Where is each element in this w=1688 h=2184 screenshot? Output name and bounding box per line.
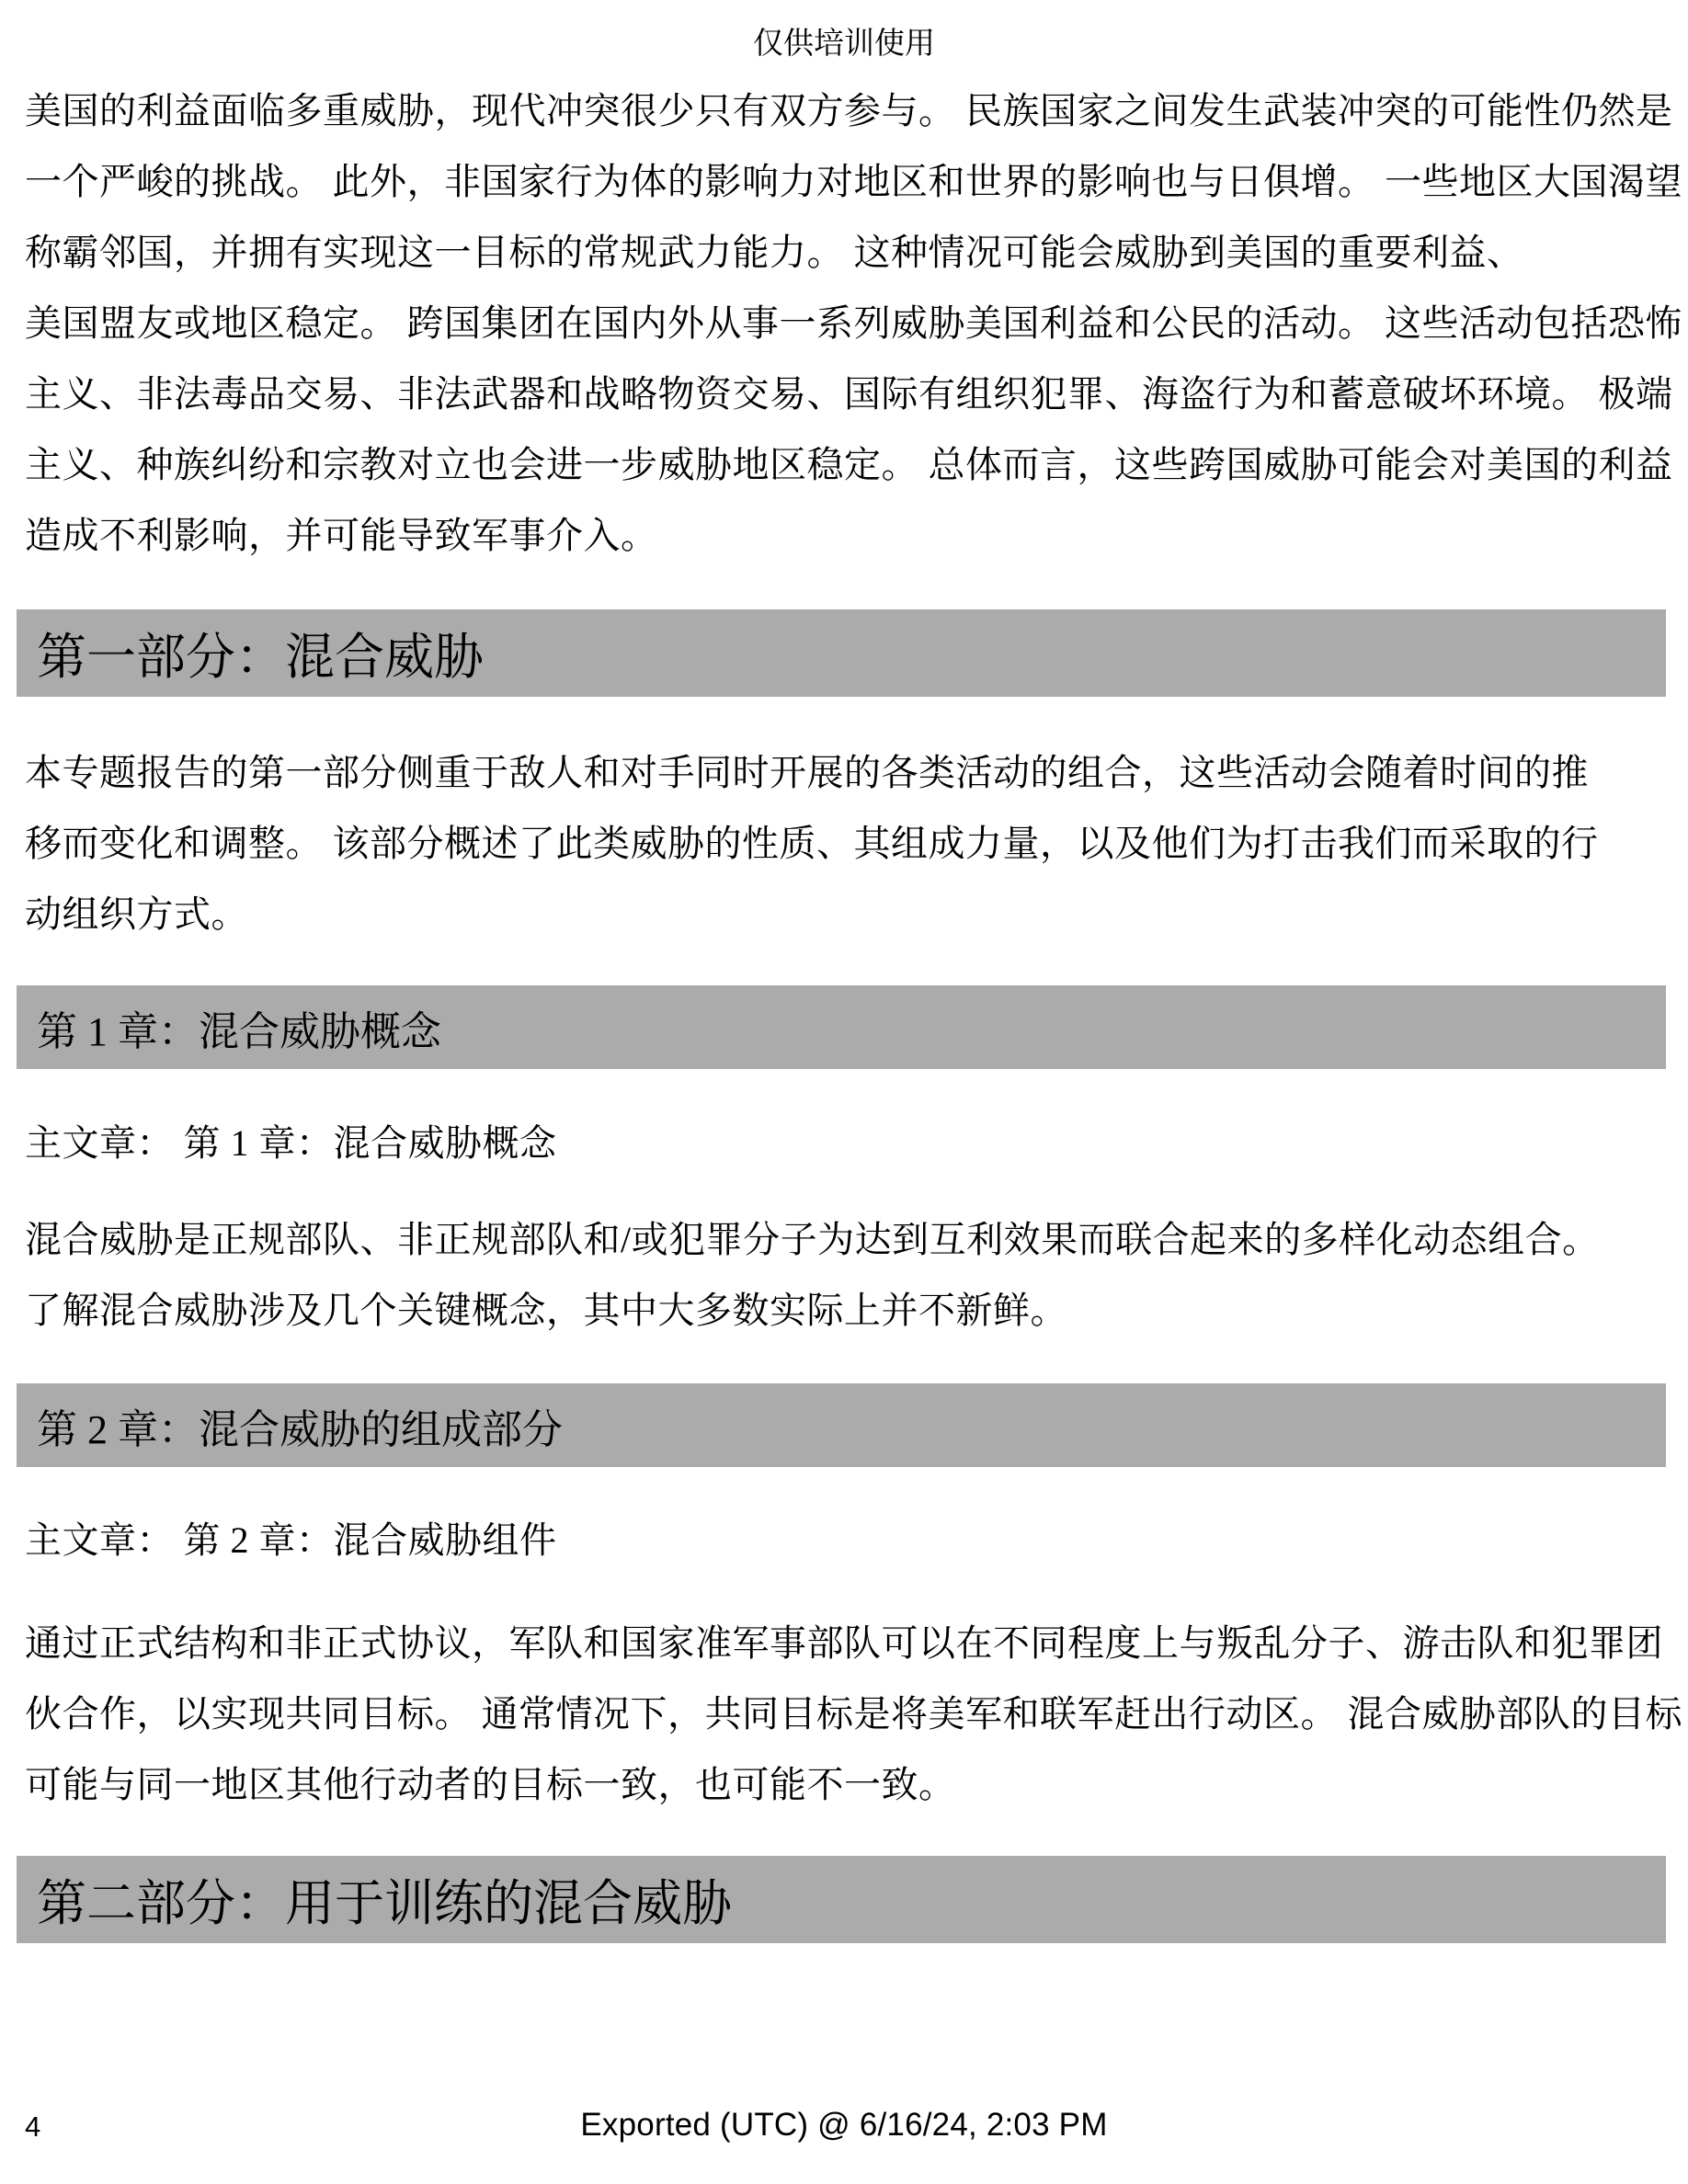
paragraph-line: 了解混合威胁涉及几个关键概念，其中大多数实际上并不新鲜。	[25, 1275, 1663, 1346]
paragraph-line: 通过正式结构和非正式协议，军队和国家准军事部队可以在不同程度上与叛乱分子、游击队…	[25, 1608, 1663, 1678]
main-article-reference-chapter2: 主文章： 第 2 章：混合威胁组件	[0, 1505, 1688, 1575]
paragraph-line: 美国的利益面临多重威胁，现代冲突很少只有双方参与。 民族国家之间发生武装冲突的可…	[25, 75, 1663, 146]
paragraph-line: 可能与同一地区其他行动者的目标一致，也可能不一致。	[25, 1749, 1663, 1820]
chapter-header-chapter1: 第 1 章：混合威胁概念	[17, 985, 1666, 1069]
chapter1-body-paragraph: 混合威胁是正规部队、非正规部队和/或犯罪分子为达到互利效果而联合起来的多样化动态…	[0, 1204, 1688, 1346]
document-page: 仅供培训使用 美国的利益面临多重威胁，现代冲突很少只有双方参与。 民族国家之间发…	[0, 0, 1688, 2184]
section-header-part1: 第一部分：混合威胁	[17, 609, 1666, 697]
chapter2-body-paragraph: 通过正式结构和非正式协议，军队和国家准军事部队可以在不同程度上与叛乱分子、游击队…	[0, 1608, 1688, 1820]
paragraph-line: 本专题报告的第一部分侧重于敌人和对手同时开展的各类活动的组合，这些活动会随着时间…	[25, 737, 1663, 808]
paragraph-line: 主义、非法毒品交易、非法武器和战略物资交易、国际有组织犯罪、海盗行为和蓄意破坏环…	[25, 358, 1663, 429]
intro-paragraph: 美国的利益面临多重威胁，现代冲突很少只有双方参与。 民族国家之间发生武装冲突的可…	[0, 75, 1688, 571]
page-footer: 4 Exported (UTC) @ 6/16/24, 2:03 PM	[0, 2103, 1688, 2149]
section-header-part2: 第二部分：用于训练的混合威胁	[17, 1856, 1666, 1943]
paragraph-line: 美国盟友或地区稳定。 跨国集团在国内外从事一系列威胁美国利益和公民的活动。 这些…	[25, 288, 1663, 358]
main-article-reference-chapter1: 主文章： 第 1 章：混合威胁概念	[0, 1108, 1688, 1178]
paragraph-line: 混合威胁是正规部队、非正规部队和/或犯罪分子为达到互利效果而联合起来的多样化动态…	[25, 1204, 1663, 1275]
chapter-header-chapter2: 第 2 章：混合威胁的组成部分	[17, 1383, 1666, 1467]
paragraph-line: 造成不利影响，并可能导致军事介入。	[25, 500, 1663, 571]
paragraph-line: 主义、种族纠纷和宗教对立也会进一步威胁地区稳定。 总体而言，这些跨国威胁可能会对…	[25, 429, 1663, 500]
export-timestamp: Exported (UTC) @ 6/16/24, 2:03 PM	[0, 2107, 1688, 2144]
paragraph-line: 称霸邻国，并拥有实现这一目标的常规武力能力。 这种情况可能会威胁到美国的重要利益…	[25, 217, 1663, 288]
training-use-notice: 仅供培训使用	[0, 0, 1688, 63]
paragraph-line: 动组织方式。	[25, 879, 1663, 950]
paragraph-line: 一个严峻的挑战。 此外，非国家行为体的影响力对地区和世界的影响也与日俱增。 一些…	[25, 146, 1663, 217]
part1-intro-paragraph: 本专题报告的第一部分侧重于敌人和对手同时开展的各类活动的组合，这些活动会随着时间…	[0, 737, 1688, 950]
paragraph-line: 伙合作，以实现共同目标。 通常情况下，共同目标是将美军和联军赶出行动区。 混合威…	[25, 1678, 1663, 1749]
paragraph-line: 移而变化和调整。 该部分概述了此类威胁的性质、其组成力量，以及他们为打击我们而采…	[25, 808, 1663, 879]
